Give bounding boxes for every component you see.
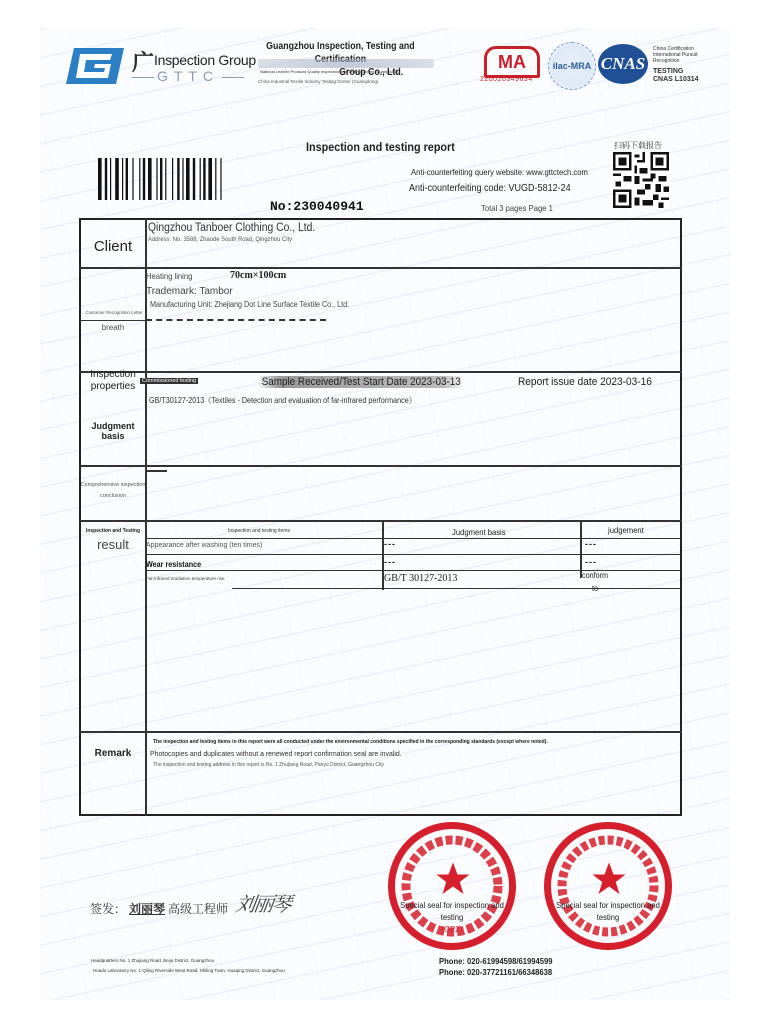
trademark: Trademark: Tambor: [146, 286, 233, 297]
sample-received-date: Sample Received/Test Start Date 2023-03-…: [258, 376, 464, 388]
result-label: result: [80, 537, 146, 552]
commissioned-testing: Commissioned testing: [140, 378, 198, 384]
cnas-logo-icon: CNAS: [598, 44, 648, 84]
seal-caption: Special seal for inspection and testing: [551, 899, 664, 923]
customer-recognition-label: Customer Recognition Letter: [78, 310, 150, 315]
inspection-properties-label: Inspection properties: [80, 369, 146, 393]
report-title: Inspection and testing report: [306, 140, 455, 154]
cnas-testing-label: TESTING CNAS L10314: [653, 68, 699, 84]
cnas-number: CNAS L10314: [653, 76, 699, 84]
remark-line-2: Photocopies and duplicates without a ren…: [150, 749, 402, 758]
report-issue-date: Report issue date 2023-03-16: [518, 376, 652, 388]
result-row-basis: ---: [384, 539, 396, 549]
result-row-judgement: ---: [585, 557, 597, 567]
anti-counterfeit-website: Anti-counterfeiting query website: www.g…: [411, 167, 588, 177]
column-header-basis: Judgment basis: [452, 527, 506, 537]
star-icon: [435, 861, 471, 897]
laboratory-address: Huadu Laboratory No. 1 Qiling Riverside …: [93, 968, 285, 973]
row-line: [80, 320, 146, 321]
report-number: No:230040941: [270, 199, 364, 214]
ilac-mra-logo-icon: ilac-MRA: [548, 42, 596, 90]
signer-name: 刘丽琴: [129, 902, 165, 916]
dashed-line: [146, 319, 326, 321]
row-divider: [79, 465, 682, 467]
seal-caption: Special seal for inspection and testing …: [395, 899, 508, 935]
inspection-seal-1: Special seal for inspection and testing …: [388, 822, 516, 950]
row-line: [232, 588, 682, 589]
result-row-judgement: conform to: [581, 569, 610, 595]
org-chinese-name-blur: [258, 59, 434, 68]
sign-prefix: 签发：: [90, 902, 126, 916]
cma-number: 220020349634: [480, 76, 533, 83]
manufacturer: Manufacturing Unit: Zhejiang Dot Line Su…: [150, 300, 349, 309]
client-label: Client: [80, 238, 146, 255]
row-line: [146, 554, 682, 555]
remark-line-1: The inspection and testing items in this…: [153, 739, 548, 745]
cma-logo-icon: MA: [484, 46, 540, 78]
signer-title: 高级工程师: [168, 902, 228, 916]
gttc-logo-icon: [64, 46, 126, 86]
judgment-basis-label: Judgment basis: [80, 421, 146, 441]
phone-1: Phone: 020-61994598/61994599: [439, 956, 553, 966]
sample-name: Heating lining: [146, 271, 192, 281]
column-header-items: Inspection and testing items: [228, 528, 290, 534]
handwritten-signature: 刘丽琴: [234, 888, 292, 917]
seal-caption-text: Special seal for inspection and testing: [395, 899, 508, 923]
barcode-icon: [98, 158, 268, 200]
inspection-testing-label: Inspection and Testing: [78, 528, 148, 534]
client-name: Qingzhou Tanboer Clothing Co., Ltd.: [148, 222, 315, 234]
qr-label: 扫码下载报告: [614, 140, 662, 151]
client-address: Address: No. 3588, Zhaode South Road, Qi…: [148, 236, 292, 243]
result-row-item: Far-infrared irradiation temperature ris…: [146, 576, 225, 581]
star-icon: [591, 861, 627, 897]
issuer-signature-line: 签发： 刘丽琴 高级工程师: [90, 900, 228, 917]
seal-sub-text: (GPZ): [395, 923, 508, 935]
comprehensive-conclusion-label: Comprehensive inspection conclusion: [80, 480, 146, 502]
org-subtitle-1: National Leather Products Quality Inspec…: [260, 69, 398, 74]
result-row-item: Appearance after washing (ten times): [146, 542, 262, 549]
remark-label: Remark: [80, 748, 146, 759]
sample-spec: 70cm×100cm: [230, 270, 286, 281]
result-row-basis: GB/T 30127-2013: [384, 573, 457, 584]
org-subtitle-2: China Industrial Textile Industry Testin…: [258, 79, 378, 84]
breadth-label: breath: [80, 323, 146, 332]
row-divider: [79, 371, 682, 373]
row-divider: [79, 267, 682, 269]
qr-code-icon[interactable]: [613, 152, 669, 208]
result-row-item: Wear resistance: [146, 560, 201, 569]
logo-subtext: GTTC: [132, 68, 244, 84]
judgment-basis-text: GB/T30127-2013《Textiles - Detection and …: [149, 395, 416, 406]
label-column-divider: [145, 218, 147, 816]
inspection-seal-2: Special seal for inspection and testing: [544, 822, 672, 950]
logo-text: Inspection Group: [154, 52, 256, 68]
row-divider: [79, 520, 682, 522]
anti-counterfeit-code: Anti-counterfeiting code: VUGD-5812-24: [409, 183, 571, 194]
cnas-small-text: China Certification International Pursui…: [653, 46, 703, 64]
result-row-judgement: ---: [585, 539, 597, 549]
result-row-basis: ---: [384, 557, 396, 567]
column-header-judgement: judgement: [608, 525, 644, 535]
phone-2: Phone: 020-37721161/66348638: [439, 967, 552, 977]
row-line: [146, 538, 682, 539]
remark-line-3: The inspection and testing address in th…: [153, 762, 384, 768]
headquarters-address: Headquarters No. 1 Zhujiang Road, Beiju …: [91, 958, 214, 963]
row-divider: [79, 731, 682, 733]
page-info: Total 3 pages Page 1: [481, 203, 553, 213]
comprehensive-conclusion-value: [147, 470, 167, 472]
cnas-testing: TESTING: [653, 68, 699, 76]
